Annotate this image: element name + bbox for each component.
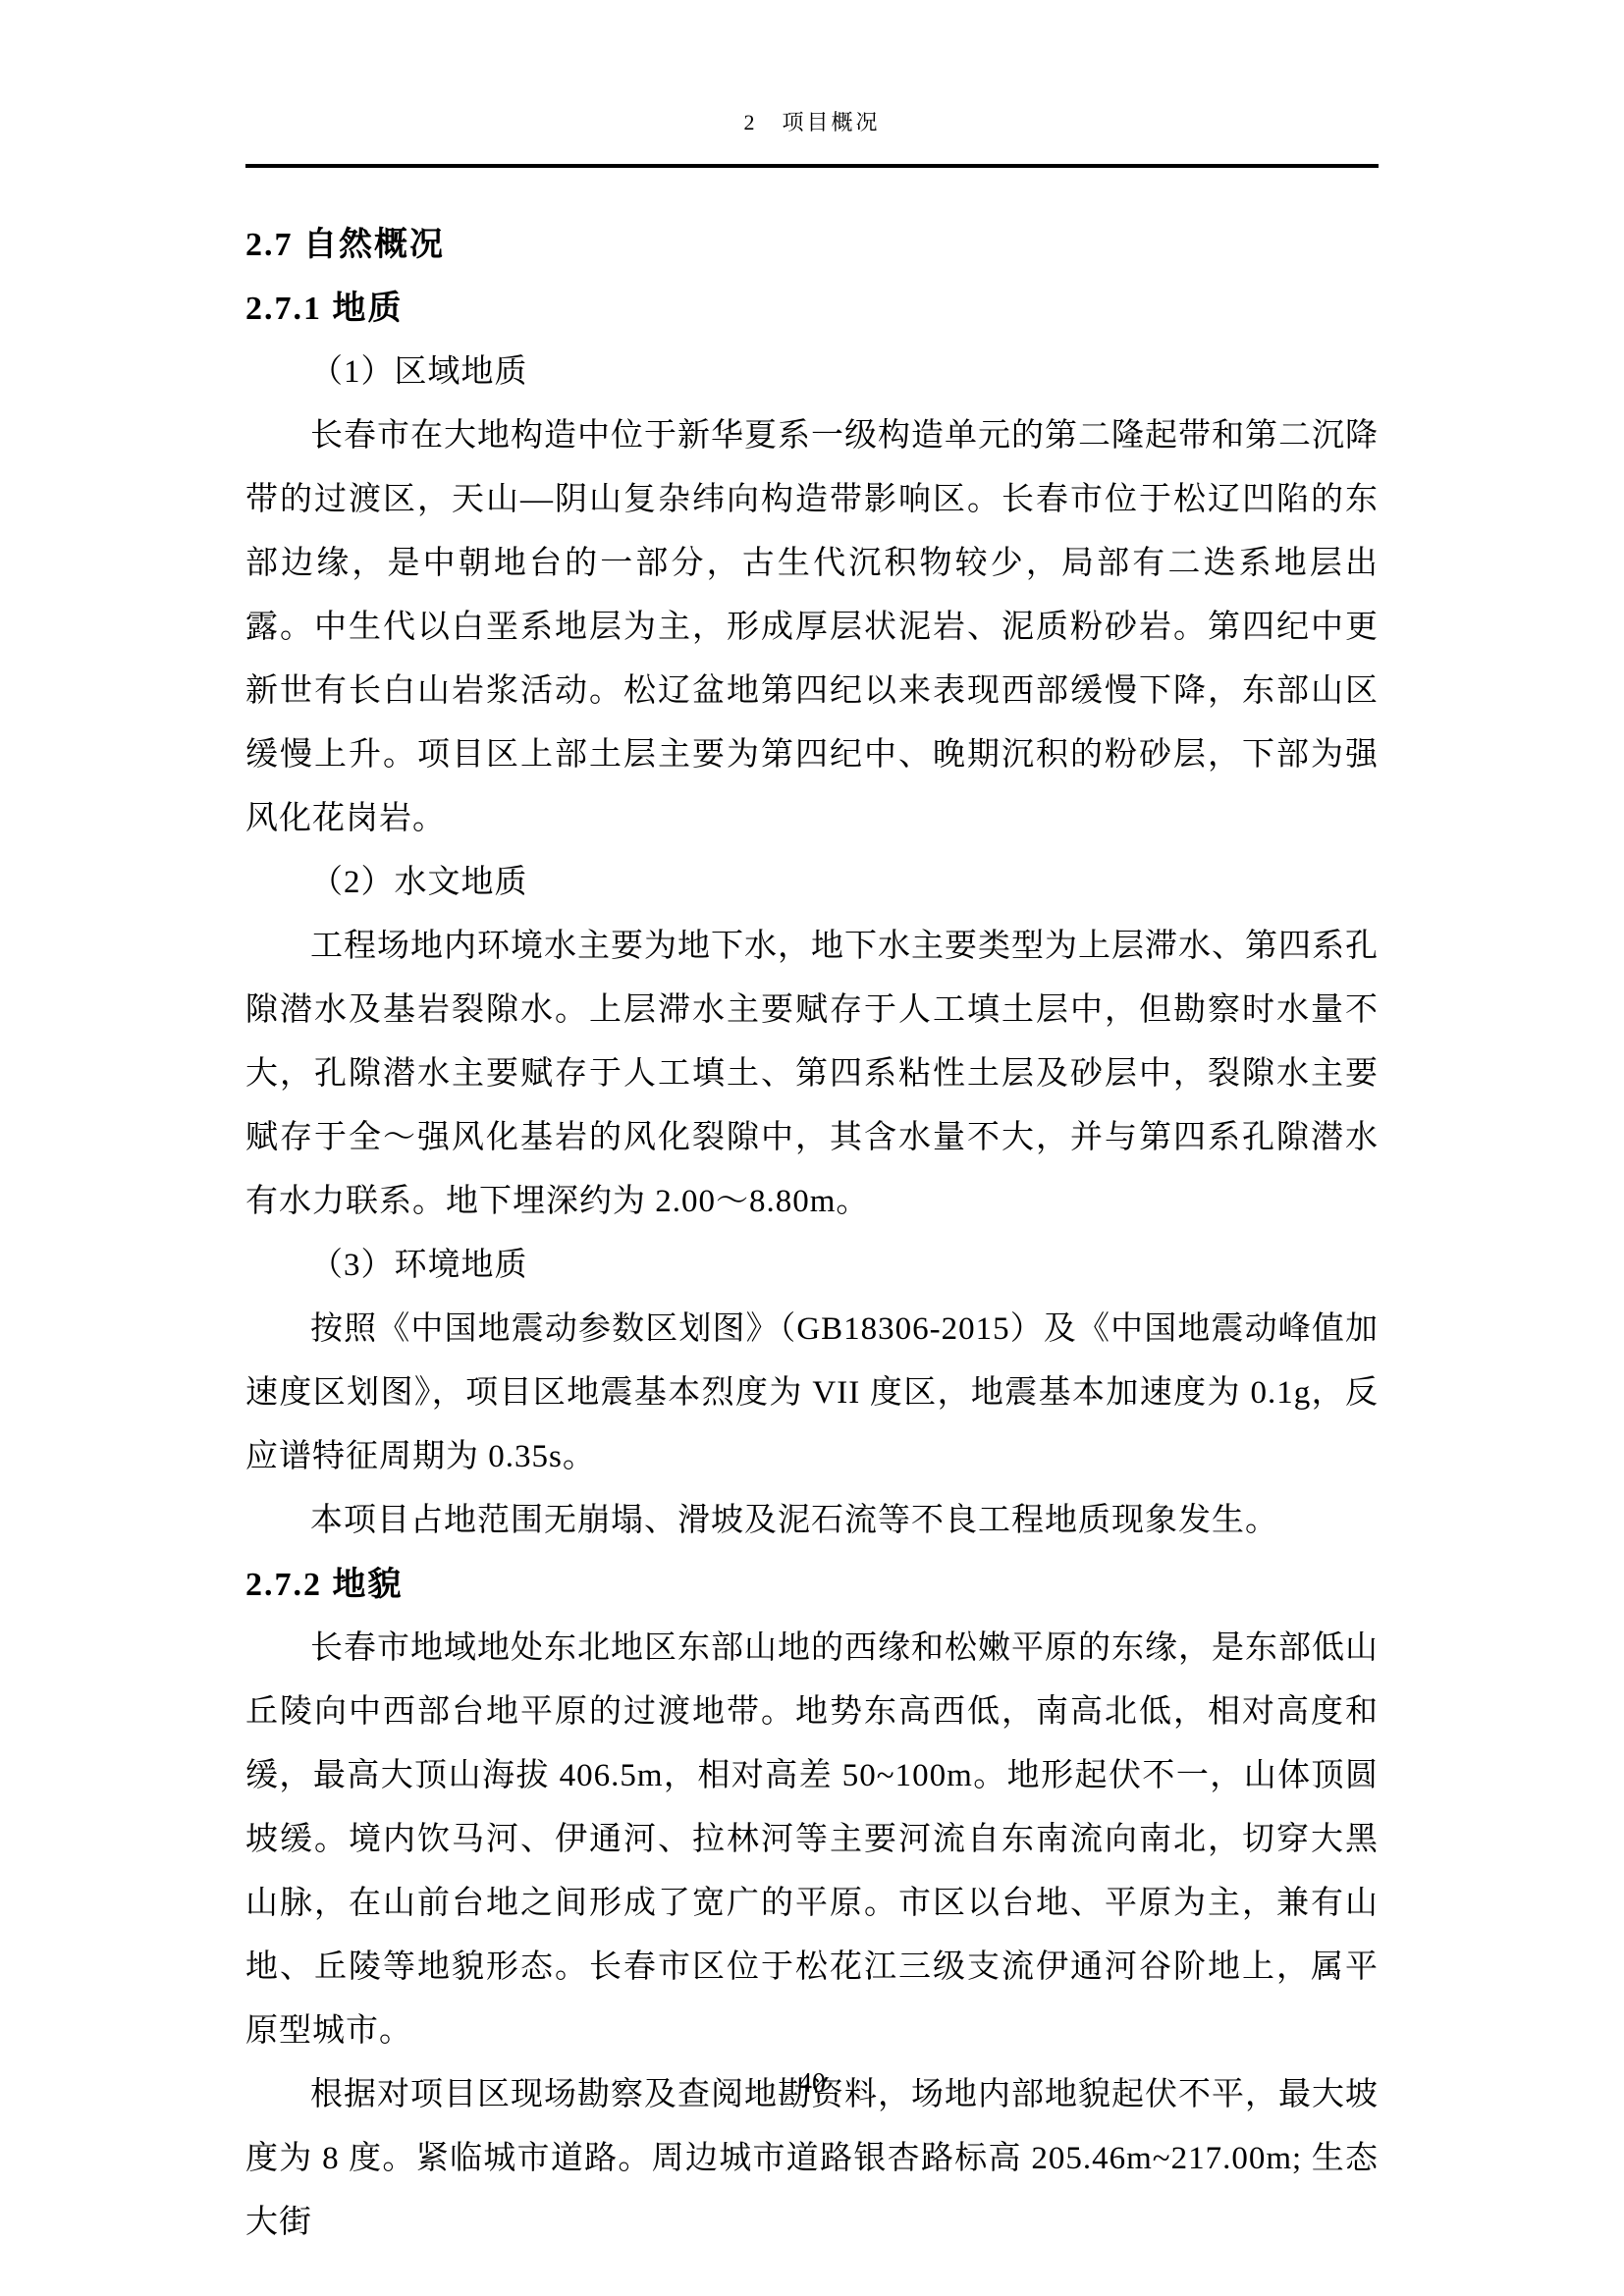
header-rule	[245, 164, 1379, 168]
item-heading-regional-geology: （1）区域地质	[245, 341, 1379, 404]
item-heading-environmental-geology: （3）环境地质	[245, 1234, 1379, 1298]
page-header: 2 项目概况	[0, 0, 1624, 137]
document-page: 2 项目概况 2.7 自然概况 2.7.1 地质 （1）区域地质 长春市在大地构…	[0, 0, 1624, 2296]
page-number: 40	[798, 2068, 826, 2099]
page-footer: 40	[0, 2052, 1624, 2115]
subsection-heading-2-7-2: 2.7.2 地貌	[245, 1553, 1379, 1617]
para-regional-geology: 长春市在大地构造中位于新华夏系一级构造单元的第二隆起带和第二沉降带的过渡区，天山…	[245, 404, 1379, 851]
para-environmental-geology: 按照《中国地震动参数区划图》（GB18306-2015）及《中国地震动峰值加速度…	[245, 1298, 1379, 1489]
section-heading-2-7: 2.7 自然概况	[245, 213, 1379, 277]
chapter-title: 2 项目概况	[743, 110, 880, 134]
item-heading-hydro-geology: （2）水文地质	[245, 851, 1379, 915]
para-hydro-geology: 工程场地内环境水主要为地下水，地下水主要类型为上层滞水、第四系孔隙潜水及基岩裂隙…	[245, 915, 1379, 1234]
document-body: 2.7 自然概况 2.7.1 地质 （1）区域地质 长春市在大地构造中位于新华夏…	[245, 213, 1379, 2255]
subsection-heading-2-7-1: 2.7.1 地质	[245, 277, 1379, 341]
para-landform-overview: 长春市地域地处东北地区东部山地的西缘和松嫩平原的东缘，是东部低山丘陵向中西部台地…	[245, 1617, 1379, 2063]
para-geology-note: 本项目占地范围无崩塌、滑坡及泥石流等不良工程地质现象发生。	[245, 1489, 1379, 1553]
